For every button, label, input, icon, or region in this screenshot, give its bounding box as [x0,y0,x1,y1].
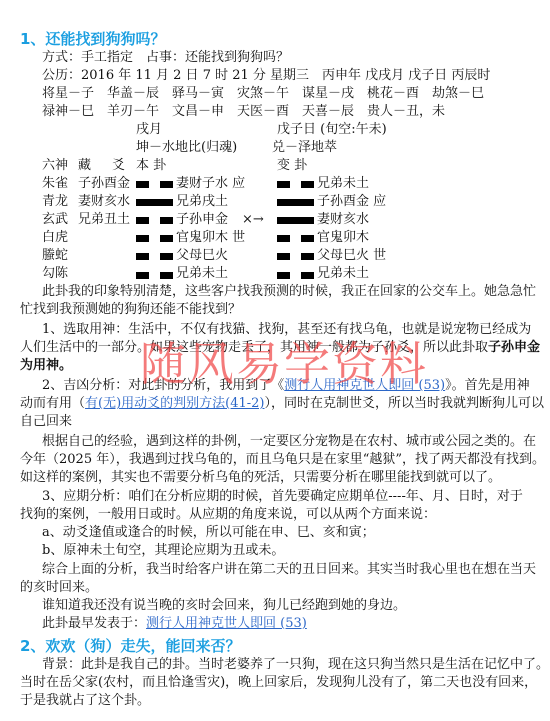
paragraph-experience-1: 根据自己的经验，遇到这样的卦例，一定要区分宠物是在农村、城市或公园之类的。在 [42,434,536,450]
stars-line-2: 禄神－巳 羊刃－午 文昌－申 天医－酉 天喜－辰 贵人－丑，未 [42,104,445,120]
paragraph-yingqi-b: b、原神未土旬空，其理论应期为丑或未。 [42,543,284,559]
paragraph-background-1: 背景：此卦是我自己的卦。当时老婆养了一只狗，现在这只狗当然只是生活在记忆中了。 [42,657,549,673]
liushen-cell: 勾陈 [42,266,68,282]
paragraph-experience-3: 如这样的案例，其实也不需要分析乌龟的死活，只需要分析在哪里能找到就可以了。 [20,470,501,486]
yang-line-icon [277,199,315,206]
paragraph-intro-1: 此卦我的印象特别清楚，这些客户找我预测的时候，我正在回家的公交车上。她急急忙 [42,284,536,300]
yin-line-icon [277,253,322,260]
yin-line-icon [136,272,181,279]
bian-yao-label: 父母巳火 世 [317,248,386,264]
day-label: 戊子日 (旬空:午未) [277,122,387,138]
method-line: 方式：手工指定 占事：还能找到狗狗吗？ [42,50,289,66]
yang-line-icon [277,217,315,224]
paragraph-summary-1: 综合上面的分析，我当时给客户讲在第二天的丑日回来。其实当时我心里也在想在当天 [42,562,536,578]
header-bian-gua: 变 卦 [277,158,307,174]
ben-yao-label: 兄弟未土 [176,266,228,282]
date-line: 公历：2016 年 11 月 2 日 7 时 21 分 星期三 丙申年 戊戌月 … [42,68,490,84]
ben-yao-label: 官鬼卯木 世 [176,230,245,246]
yin-line-icon [136,235,181,242]
paragraph-yingqi-2: 找狗的案例，一般用日或时。从应期的角度来说，可以从两个方面来说： [20,507,436,523]
paragraph-background-3: 于是我就占了这个卦。 [20,693,150,709]
header-cang: 藏 [78,158,91,174]
paragraph-result: 谁知道我还没有说当晚的亥时会回来，狗儿已经跑到她的身边。 [42,598,406,614]
bian-yao-label: 妻财亥水 [317,212,369,228]
header-yao: 爻 [112,158,125,174]
ben-yao-label: 子孙申金 [176,212,228,228]
liushen-cell: 朱雀 [42,176,68,192]
bian-gua-name: 兑－泽地萃 [272,140,337,156]
paragraph-yingqi-1: 3、应期分析：咱们在分析应期的时候，首先要确定应期单位----年、月、日时，对于 [42,489,523,505]
header-ben-gua: 本 卦 [136,158,166,174]
paragraph-jixiong-2: 动而有用（有(无)用动爻的判别方法(41-2)），同时在克制世爻，所以当时我就判… [20,396,544,412]
liushen-cell: 青龙 [42,194,68,210]
ben-yao-label: 兄弟戌土 [176,194,228,210]
cang-cell: 妻财亥水 [78,194,130,210]
paragraph-summary-2: 的亥时回来。 [20,580,98,596]
ben-yao-label: 妻财子水 应 [176,176,245,192]
published-link-53[interactable]: 测行人用神克世人即回 (53) [146,616,307,631]
liushen-cell: 白虎 [42,230,68,246]
paragraph-yingqi-a: a、动爻逢值或逢合的时候，所以可能在申、巳、亥和寅； [42,525,375,541]
bian-yao-label: 兄弟未土 [317,176,369,192]
section-2-heading: 2、欢欢（狗）走失，能回来否？ [20,635,240,656]
paragraph-experience-2: 今年（2025 年），我遇到过找乌龟的，而且乌龟只是在家里“越狱”，找了两天都没… [20,452,545,468]
document-page: 1、还能找到狗狗吗？ 方式：手工指定 占事：还能找到狗狗吗？ 公历：2016 年… [0,0,550,721]
paragraph-yongshen-1: 1、选取用神：生活中，不仅有找猫、找狗，甚至还有找乌龟，也就是说宠物已经成为 [42,322,531,338]
liushen-cell: 玄武 [42,212,68,228]
article-link-41-2[interactable]: 有(无)用动爻的判别方法(41-2) [85,396,265,411]
yin-line-icon [136,253,181,260]
stars-line-1: 将星－子 华盖－辰 驿马－寅 灾煞－午 谋星－戌 桃花－酉 劫煞－巳 [42,86,484,102]
yin-line-icon [277,181,322,188]
header-liushen: 六神 [42,158,68,174]
yang-line-icon [136,199,174,206]
cang-cell: 兄弟丑土 [78,212,130,228]
bian-yao-label: 官鬼卯木 [317,230,369,246]
paragraph-jixiong-3: 自己回来 [20,414,72,430]
paragraph-yongshen-3: 为用神。 [20,358,72,374]
ben-gua-name: 坤－水地比(归魂) [136,140,237,156]
article-link-53[interactable]: 测行人用神克世人即回 (53) [284,378,445,393]
yin-line-icon [277,235,322,242]
paragraph-background-2: 当时在岳父家(农村，而且恰逢雪灾)，晚上回家后，发现狗儿没有了，第二天也没有回来… [20,675,537,691]
paragraph-jixiong-1: 2、吉凶分析：对此卦的分析，我用到了《测行人用神克世人即回 (53)》。首先是用… [42,378,530,394]
yongshen-highlight: 子孙申金 [488,340,540,355]
bian-yao-label: 兄弟未土 [317,266,369,282]
section-1-heading: 1、还能找到狗狗吗？ [20,28,165,49]
cang-cell: 子孙酉金 [78,176,130,192]
yin-line-icon [136,181,181,188]
yin-line-icon [277,272,322,279]
liushen-cell: 螣蛇 [42,248,68,264]
paragraph-yongshen-2: 人们生活中的一部分。如果这些宠物走丢了，其用神一般都为子孙爻，所以此卦取子孙申金 [20,340,540,356]
yin-line-icon [136,217,181,224]
paragraph-intro-2: 忙找到我预测她的狗狗还能不能找到？ [20,302,241,318]
bian-yao-label: 子孙酉金 应 [317,194,386,210]
paragraph-published: 此卦最早发表于：测行人用神克世人即回 (53) [42,616,307,632]
moving-line-arrow-icon: ×→ [242,212,264,228]
ben-yao-label: 父母巳火 [176,248,228,264]
month-label: 戌月 [136,122,162,138]
